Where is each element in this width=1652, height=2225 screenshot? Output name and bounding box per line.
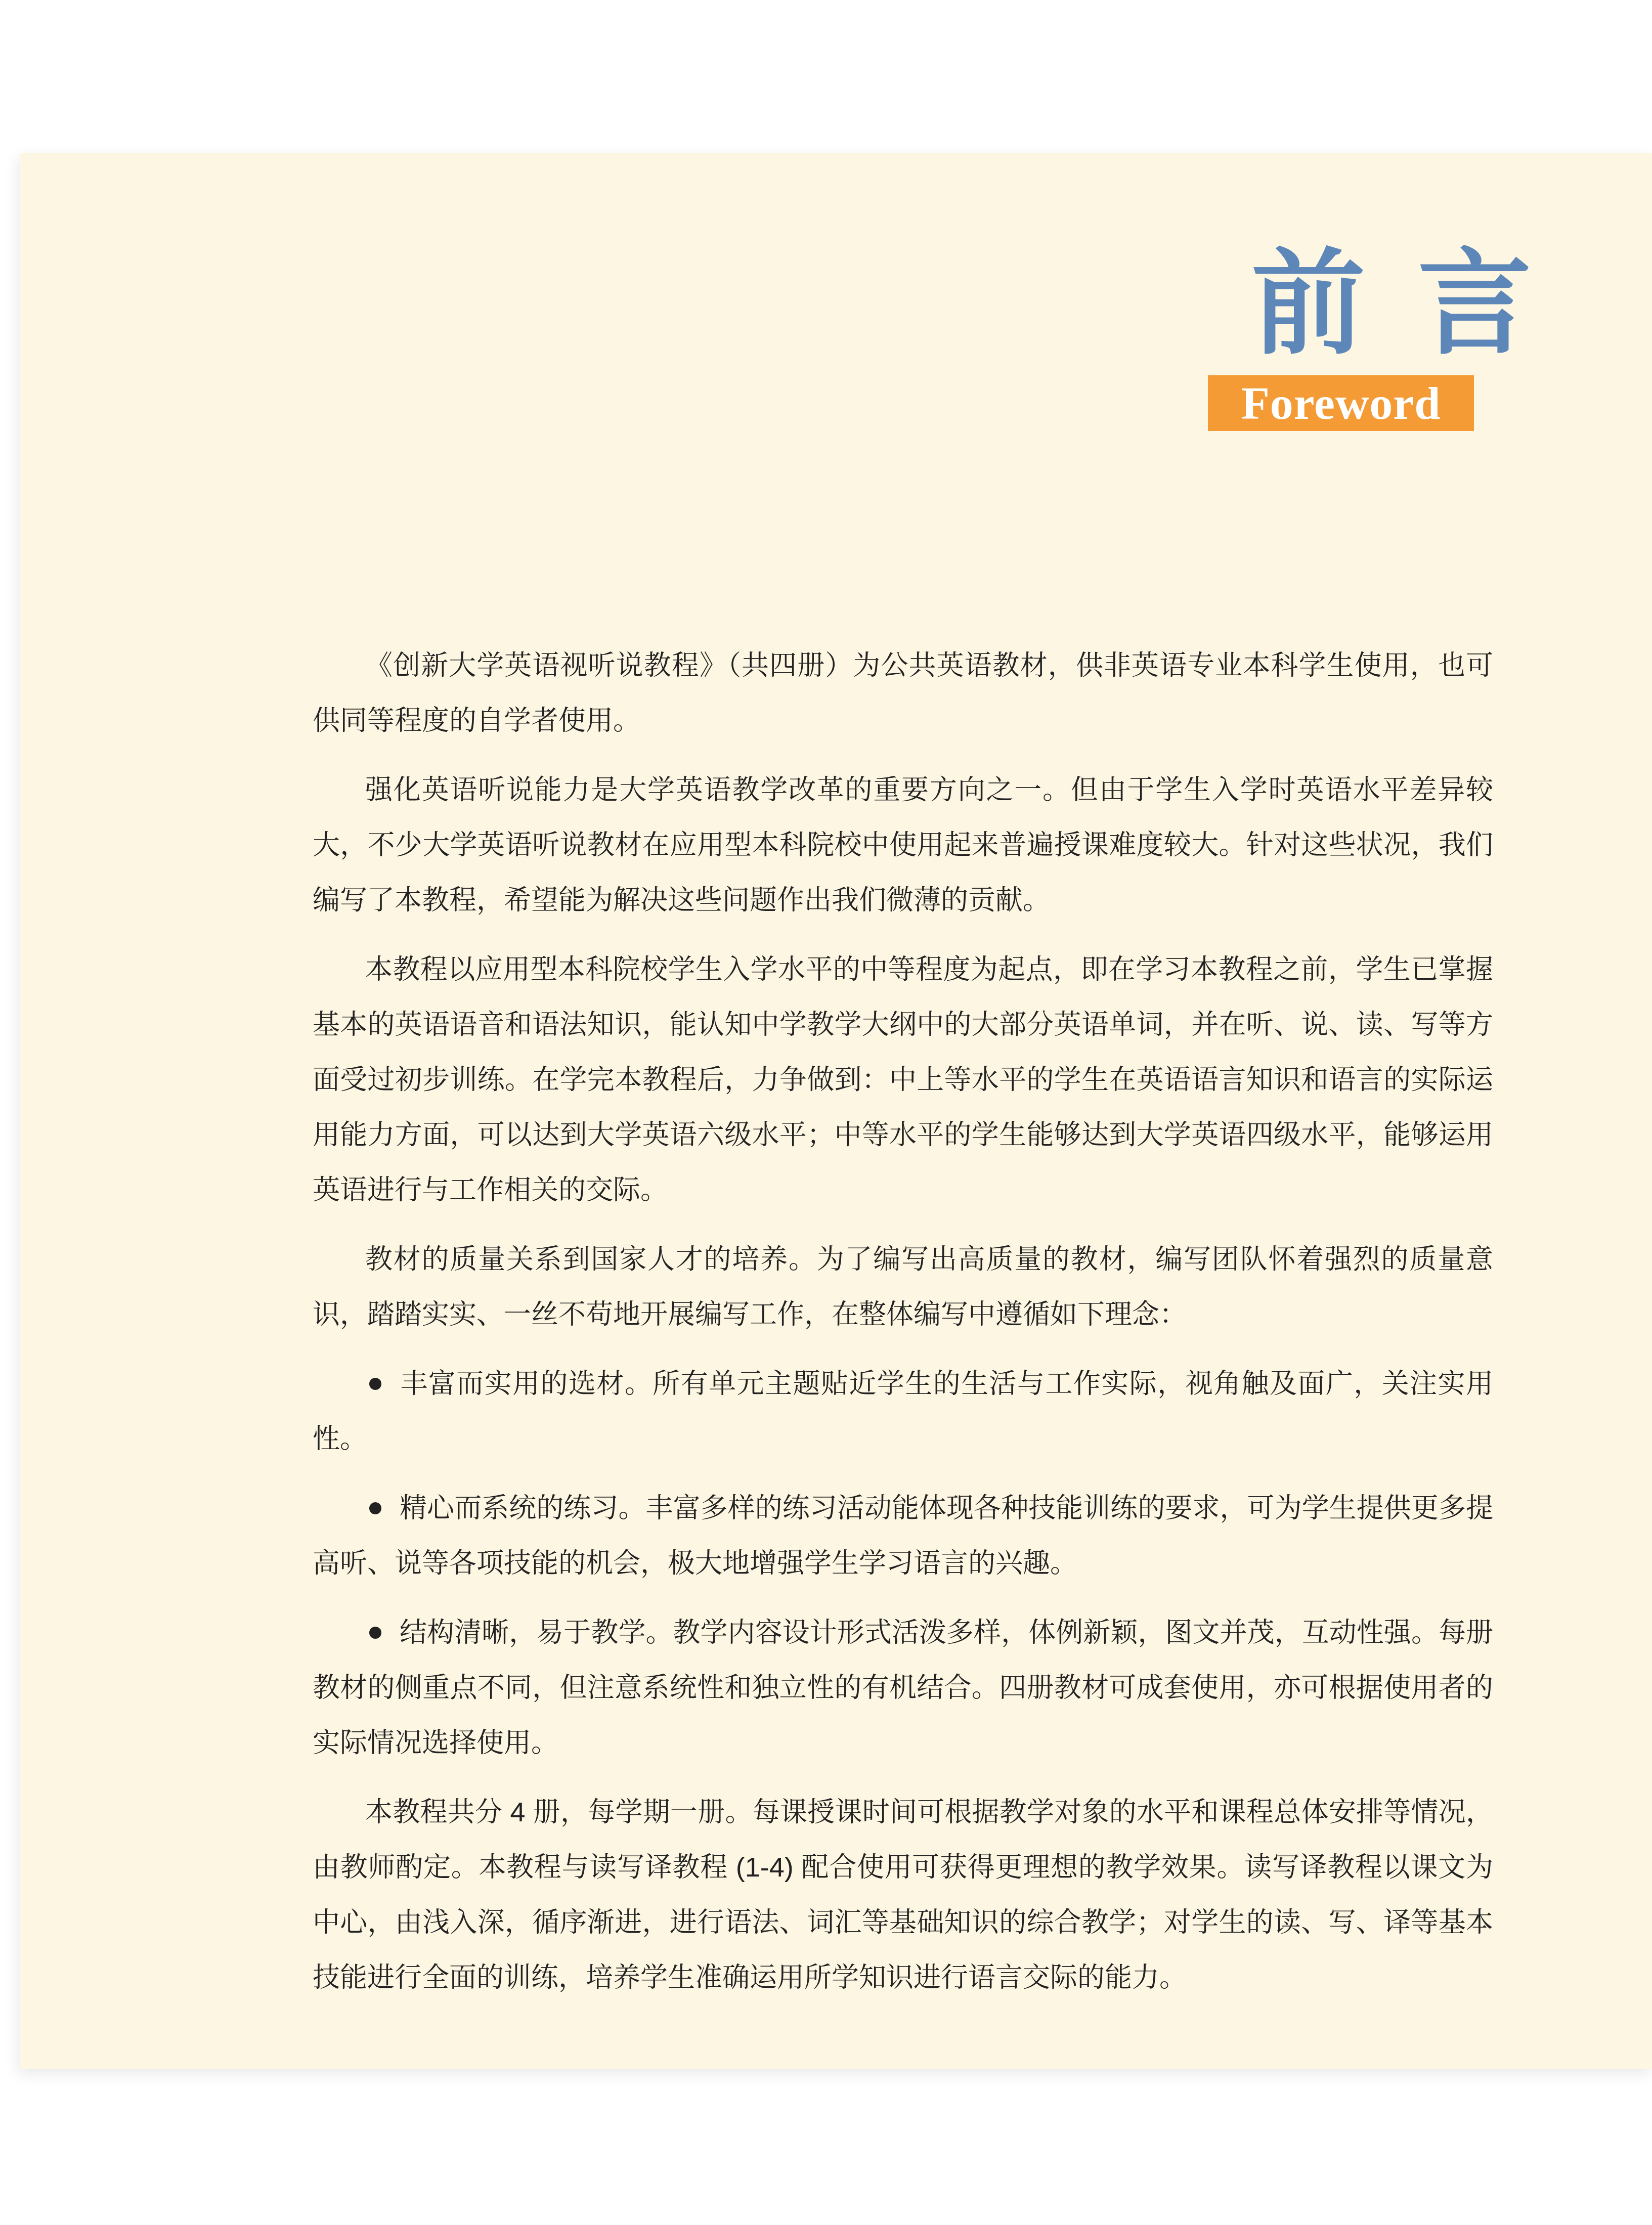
bullet-dot-icon — [369, 1627, 381, 1639]
page-title: 前 言 — [1251, 247, 1532, 361]
page-title-char-yan: 言 — [1418, 247, 1532, 361]
page-title-char-qian: 前 — [1251, 247, 1365, 361]
paragraph: 本教程共分 4 册，每学期一册。每课授课时间可根据教学对象的水平和课程总体安排等… — [313, 1785, 1493, 2005]
bullet-item: 丰富而实用的选材。所有单元主题贴近学生的生活与工作实际，视角触及面广，关注实用性… — [313, 1357, 1493, 1467]
bullet-item: 精心而系统的练习。丰富多样的练习活动能体现各种技能训练的要求，可为学生提供更多提… — [313, 1481, 1493, 1591]
paragraph: 《创新大学英语视听说教程》（共四册）为公共英语教材，供非英语专业本科学生使用，也… — [313, 638, 1493, 749]
foreword-badge: Foreword — [1208, 375, 1474, 431]
foreword-page-canvas: 前 言 Foreword 《创新大学英语视听说教程》（共四册）为公共英语教材，供… — [0, 0, 1652, 2225]
paper-sheet: 前 言 Foreword 《创新大学英语视听说教程》（共四册）为公共英语教材，供… — [20, 153, 1652, 2069]
bullet-dot-icon — [369, 1502, 381, 1514]
bullet-dot-icon — [369, 1378, 381, 1390]
paragraph: 强化英语听说能力是大学英语教学改革的重要方向之一。但由于学生入学时英语水平差异较… — [313, 763, 1493, 928]
bullet-item: 结构清晰，易于教学。教学内容设计形式活泼多样，体例新颖，图文并茂，互动性强。每册… — [313, 1605, 1493, 1771]
paragraph: 教材的质量关系到国家人才的培养。为了编写出高质量的教材，编写团队怀着强烈的质量意… — [313, 1232, 1493, 1342]
paragraph: 本教程以应用型本科院校学生入学水平的中等程度为起点，即在学习本教程之前，学生已掌… — [313, 942, 1493, 1218]
foreword-body: 《创新大学英语视听说教程》（共四册）为公共英语教材，供非英语专业本科学生使用，也… — [313, 638, 1493, 2005]
